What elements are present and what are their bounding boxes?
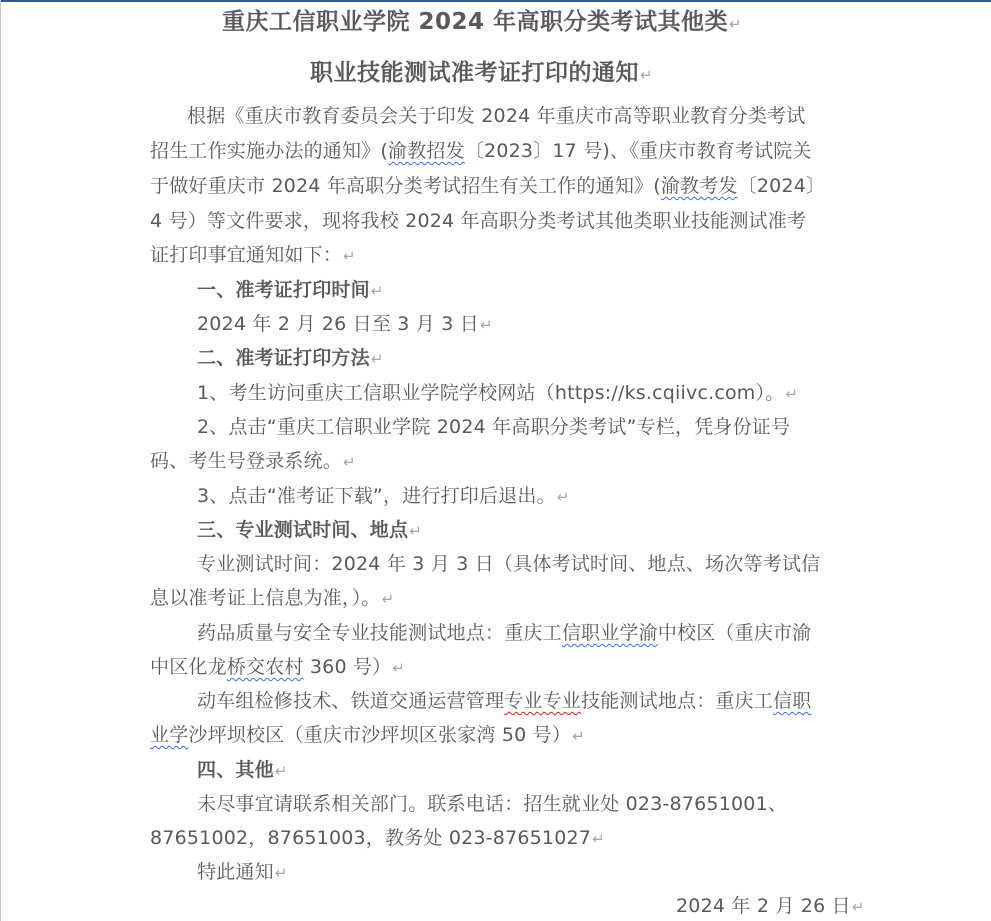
intro-text: 〔2023〕17 号)、《重庆市教育考试院关 [465, 140, 812, 162]
paragraph-mark-icon: ↵ [852, 898, 865, 916]
paragraph-mark-icon: ↵ [557, 488, 570, 506]
paragraph-mark-icon: ↵ [640, 66, 653, 84]
location-text: 药品质量与安全专业技能测试地点：重庆工 [197, 622, 562, 644]
spellcheck-flagged-text[interactable]: 渝教考发 [661, 175, 738, 197]
spellcheck-flagged-text[interactable]: 业学 [150, 724, 188, 746]
contact-text: 87651002，87651003，教务处 023-87651027 [150, 827, 591, 849]
test-time-text: 息以准考证上信息为准，）。 [150, 587, 381, 609]
paragraph-mark-icon: ↵ [409, 522, 422, 540]
paragraph-mark-icon: ↵ [480, 316, 493, 334]
title-text-1: 重庆工信职业学院 2024 年高职分类考试其他类 [222, 9, 728, 35]
section-4-contact-line-1: 未尽事宜请联系相关部门。联系电话：招生就业处 023-87651001、 [197, 792, 787, 816]
paragraph-mark-icon: ↵ [371, 282, 384, 300]
section-2-step-3: 3、点击“准考证下载”，进行打印后退出。↵ [197, 484, 570, 509]
spellcheck-flagged-text[interactable]: 桥交农村 [227, 656, 304, 678]
paragraph-mark-icon: ↵ [572, 727, 585, 745]
print-period-text: 2024 年 2 月 26 日至 3 月 3 日 [197, 313, 479, 335]
section-3-time-line-2: 息以准考证上信息为准，）。↵ [150, 586, 394, 611]
paragraph-mark-icon: ↵ [382, 590, 395, 608]
section-3-location-2-line-2: 业学沙坪坝校区（重庆市沙坪坝区张家湾 50 号）↵ [150, 723, 585, 748]
intro-text: 根据《重庆市教育委员会关于印发 2024 年重庆市高等职业教育分类考试 [187, 105, 805, 127]
intro-text: 招生工作实施办法的通知》( [150, 140, 388, 162]
paragraph-mark-icon: ↵ [785, 385, 798, 403]
paragraph-mark-icon: ↵ [371, 350, 384, 368]
signature-date: 2024 年 2 月 26 日↵ [676, 894, 865, 919]
location-text: 技能测试地点：重庆工 [581, 690, 773, 712]
step-text: 码、考生号登录系统。 [150, 450, 342, 472]
section-2-step-2-line-2: 码、考生号登录系统。↵ [150, 449, 356, 474]
location-text: 沙坪坝校区（重庆市沙坪坝区张家湾 50 号） [188, 724, 571, 746]
document-title-line-1: 重庆工信职业学院 2024 年高职分类考试其他类↵ [222, 7, 742, 39]
date-text: 2024 年 2 月 26 日 [676, 895, 851, 917]
section-3-location-2-line-1: 动车组检修技术、铁道交通运营管理专业专业技能测试地点：重庆工信职 [197, 689, 811, 713]
paragraph-mark-icon: ↵ [592, 830, 605, 848]
intro-line-2: 招生工作实施办法的通知》(渝教招发〔2023〕17 号)、《重庆市教育考试院关 [150, 139, 812, 163]
heading-text: 三、专业测试时间、地点 [197, 519, 408, 541]
title-text-2: 职业技能测试准考证打印的通知 [310, 60, 639, 86]
paragraph-mark-icon: ↵ [275, 762, 288, 780]
intro-text: 4 号）等文件要求，现将我校 2024 年高职分类考试其他类职业技能测试准考 [150, 210, 806, 232]
section-1-heading: 一、准考证打印时间↵ [197, 278, 384, 303]
section-4-heading: 四、其他↵ [197, 758, 288, 783]
test-time-text: 专业测试时间：2024 年 3 月 3 日（具体考试时间、地点、场次等考试信 [197, 553, 820, 575]
section-2-step-1: 1、考生访问重庆工信职业学院学校网站（https://ks.cqiivc.com… [197, 381, 798, 406]
intro-text: 〔2024〕 [738, 175, 826, 197]
spellcheck-flagged-text[interactable]: 信职 [773, 690, 811, 712]
intro-line-4: 4 号）等文件要求，现将我校 2024 年高职分类考试其他类职业技能测试准考 [150, 209, 806, 233]
spellcheck-flagged-text[interactable]: 信职业学渝 [562, 622, 658, 644]
heading-text: 一、准考证打印时间 [197, 279, 370, 301]
section-1-body: 2024 年 2 月 26 日至 3 月 3 日↵ [197, 312, 493, 337]
intro-line-5: 证打印事宜通知如下：↵ [150, 243, 356, 268]
section-4-contact-line-2: 87651002，87651003，教务处 023-87651027↵ [150, 826, 605, 851]
section-3-time-line-1: 专业测试时间：2024 年 3 月 3 日（具体考试时间、地点、场次等考试信 [197, 552, 820, 576]
step-text: 3、点击“准考证下载”，进行打印后退出。 [197, 485, 556, 507]
step-text: 2、点击“重庆工信职业学院 2024 年高职分类考试”专栏，凭身份证号 [197, 416, 790, 438]
section-2-heading: 二、准考证打印方法↵ [197, 346, 384, 371]
spellcheck-flagged-text[interactable]: 渝教招发 [388, 140, 465, 162]
intro-text: 于做好重庆市 2024 年高职分类考试招生有关工作的通知》( [150, 175, 661, 197]
location-text: 动车组检修技术、铁道交通运营管理 [197, 690, 504, 712]
intro-line-3: 于做好重庆市 2024 年高职分类考试招生有关工作的通知》(渝教考发〔2024〕 [150, 174, 825, 198]
intro-text: 证打印事宜通知如下： [150, 244, 342, 266]
section-3-location-1-line-2: 中区化龙桥交农村 360 号）↵ [150, 655, 405, 680]
heading-text: 二、准考证打印方法 [197, 347, 370, 369]
contact-text: 未尽事宜请联系相关部门。联系电话：招生就业处 023-87651001、 [197, 793, 787, 815]
section-2-step-2-line-1: 2、点击“重庆工信职业学院 2024 年高职分类考试”专栏，凭身份证号 [197, 415, 790, 439]
paragraph-mark-icon: ↵ [275, 864, 288, 882]
closing-text: 特此通知 [197, 861, 274, 883]
intro-line-1: 根据《重庆市教育委员会关于印发 2024 年重庆市高等职业教育分类考试 [187, 104, 805, 128]
location-text: 360 号） [304, 656, 392, 678]
closing-line: 特此通知↵ [197, 860, 288, 885]
paragraph-mark-icon: ↵ [343, 453, 356, 471]
location-text: 中区化龙 [150, 656, 227, 678]
location-text: 中校区（重庆市渝 [658, 622, 812, 644]
paragraph-mark-icon: ↵ [392, 659, 405, 677]
section-3-heading: 三、专业测试时间、地点↵ [197, 518, 422, 543]
heading-text: 四、其他 [197, 759, 274, 781]
document-page[interactable]: 重庆工信职业学院 2024 年高职分类考试其他类↵ 职业技能测试准考证打印的通知… [0, 0, 991, 921]
section-3-location-1-line-1: 药品质量与安全专业技能测试地点：重庆工信职业学渝中校区（重庆市渝 [197, 621, 811, 645]
paragraph-mark-icon: ↵ [343, 247, 356, 265]
spellcheck-error-text[interactable]: 专业专业 [504, 690, 581, 712]
step-text: 1、考生访问重庆工信职业学院学校网站（https://ks.cqiivc.com… [197, 382, 784, 404]
paragraph-mark-icon: ↵ [729, 15, 742, 33]
document-title-line-2: 职业技能测试准考证打印的通知↵ [310, 58, 653, 90]
